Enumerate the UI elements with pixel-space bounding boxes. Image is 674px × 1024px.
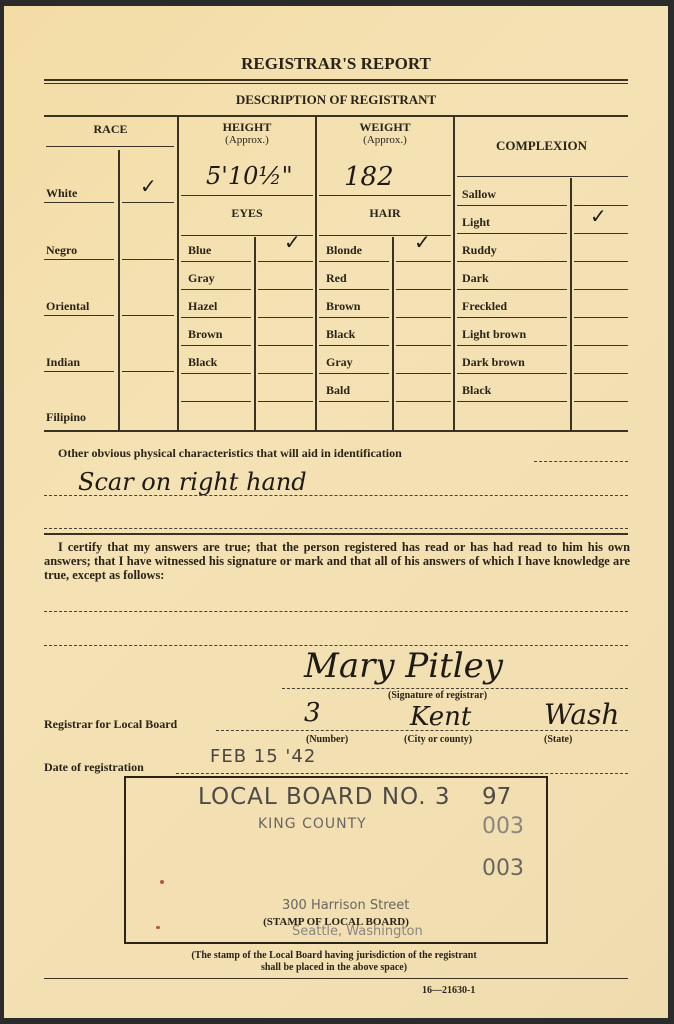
- row-rule: [574, 289, 628, 290]
- divider-race-height: [177, 117, 179, 431]
- row-rule: [574, 345, 628, 346]
- complexion-option-light[interactable]: Light: [462, 215, 490, 230]
- hair-check-divider: [392, 237, 394, 431]
- hair-option-bald[interactable]: Bald: [326, 383, 350, 398]
- table-top-rule: [44, 115, 628, 117]
- race-option-indian[interactable]: Indian: [46, 355, 80, 370]
- row-rule: [44, 202, 114, 203]
- weight-header: WEIGHT: [317, 120, 453, 135]
- hair-header-rule: [319, 235, 451, 236]
- row-rule: [258, 261, 313, 262]
- row-rule: [258, 373, 313, 374]
- complexion-option-freckled[interactable]: Freckled: [462, 299, 507, 314]
- row-rule: [396, 317, 451, 318]
- eyes-header: EYES: [179, 206, 315, 221]
- row-rule: [122, 315, 174, 316]
- section-rule: [44, 533, 628, 535]
- race-option-oriental[interactable]: Oriental: [46, 299, 89, 314]
- row-rule: [181, 345, 251, 346]
- height-header: HEIGHT: [179, 120, 315, 135]
- stamp-note-line1: (The stamp of the Local Board having jur…: [114, 950, 554, 962]
- hair-option-red[interactable]: Red: [326, 271, 347, 286]
- local-board-state[interactable]: Wash: [544, 698, 619, 731]
- stamp-county: KING COUNTY: [258, 816, 367, 832]
- eyes-option-black[interactable]: Black: [188, 355, 217, 370]
- city-caption: (City or county): [404, 734, 472, 745]
- local-board-number[interactable]: 3: [304, 698, 321, 728]
- title-rule-bottom: [44, 83, 628, 84]
- row-rule: [258, 401, 313, 402]
- complexion-header-rule: [457, 176, 628, 177]
- table-bottom-rule: [44, 430, 628, 432]
- complexion-option-ruddy[interactable]: Ruddy: [462, 243, 497, 258]
- hair-option-blonde[interactable]: Blonde: [326, 243, 362, 258]
- eyes-option-brown[interactable]: Brown: [188, 327, 222, 342]
- complexion-header: COMPLEXION: [455, 138, 628, 154]
- row-rule: [181, 261, 251, 262]
- local-board-city[interactable]: Kent: [410, 702, 471, 732]
- race-header: RACE: [44, 122, 177, 137]
- stamp-address-street: 300 Harrison Street: [282, 898, 409, 913]
- dotted-line: [282, 688, 628, 689]
- row-rule: [44, 259, 114, 260]
- section-subtitle: DESCRIPTION OF REGISTRANT: [4, 92, 668, 108]
- eyes-check-divider: [254, 237, 256, 431]
- stamp-code-003b: 003: [482, 856, 524, 881]
- stamp-board-name: LOCAL BOARD NO. 3: [198, 784, 450, 810]
- weight-value[interactable]: 182: [344, 162, 394, 192]
- race-check-divider: [118, 150, 120, 431]
- row-rule: [44, 371, 114, 372]
- row-rule: [181, 401, 251, 402]
- divider-weight-complexion: [453, 117, 455, 431]
- form-number: 16—21630-1: [422, 985, 475, 996]
- hair-blonde-checkmark-icon[interactable]: ✓: [414, 230, 431, 254]
- row-rule: [396, 373, 451, 374]
- row-rule: [396, 401, 451, 402]
- certification-text: I certify that my answers are true; that…: [44, 540, 630, 582]
- row-rule: [457, 205, 567, 206]
- row-rule: [258, 317, 313, 318]
- row-rule: [319, 261, 389, 262]
- weight-approx: (Approx.): [317, 134, 453, 146]
- complexion-option-light-brown[interactable]: Light brown: [462, 327, 526, 342]
- row-rule: [319, 401, 389, 402]
- row-rule: [258, 289, 313, 290]
- stamp-caption: (STAMP OF LOCAL BOARD): [126, 916, 546, 928]
- complexion-option-dark[interactable]: Dark: [462, 271, 489, 286]
- draft-card: REGISTRAR'S REPORT DESCRIPTION OF REGIST…: [4, 6, 668, 1018]
- other-characteristics-label: Other obvious physical characteristics t…: [58, 446, 402, 461]
- row-rule: [181, 373, 251, 374]
- row-rule: [457, 373, 567, 374]
- registration-date-stamp[interactable]: FEB 15 '42: [210, 746, 316, 767]
- row-rule: [122, 259, 174, 260]
- dotted-line: [44, 611, 628, 612]
- registrar-signature[interactable]: Mary Pitley: [304, 646, 503, 686]
- row-rule: [457, 261, 567, 262]
- complexion-light-checkmark-icon[interactable]: ✓: [590, 204, 607, 228]
- ink-spot: [160, 880, 164, 884]
- row-rule: [457, 345, 567, 346]
- stamp-code-97: 97: [482, 784, 511, 810]
- number-caption: (Number): [306, 734, 348, 745]
- row-rule: [574, 261, 628, 262]
- race-header-rule: [46, 146, 174, 147]
- other-characteristics-value[interactable]: Scar on right hand: [78, 468, 307, 496]
- divider-height-weight: [315, 117, 317, 431]
- eyes-option-hazel[interactable]: Hazel: [188, 299, 217, 314]
- row-rule: [574, 233, 628, 234]
- eyes-option-gray[interactable]: Gray: [188, 271, 215, 286]
- race-option-white[interactable]: White: [46, 186, 77, 201]
- row-rule: [574, 317, 628, 318]
- stamp-note: (The stamp of the Local Board having jur…: [114, 950, 554, 974]
- row-rule: [457, 289, 567, 290]
- height-value[interactable]: 5'10½": [206, 162, 293, 190]
- row-rule: [122, 202, 174, 203]
- row-rule: [319, 317, 389, 318]
- race-option-filipino[interactable]: Filipino: [46, 410, 86, 425]
- stamp-code-003a: 003: [482, 814, 524, 839]
- row-rule: [396, 345, 451, 346]
- dotted-line: [44, 528, 628, 529]
- hair-option-black[interactable]: Black: [326, 327, 355, 342]
- footer-rule: [44, 978, 628, 979]
- state-caption: (State): [544, 734, 572, 745]
- complexion-option-sallow[interactable]: Sallow: [462, 187, 496, 202]
- row-rule: [396, 289, 451, 290]
- race-option-negro[interactable]: Negro: [46, 243, 77, 258]
- hair-option-brown[interactable]: Brown: [326, 299, 360, 314]
- row-rule: [181, 317, 251, 318]
- hair-header: HAIR: [317, 206, 453, 221]
- date-label: Date of registration: [44, 760, 144, 775]
- row-rule: [396, 261, 451, 262]
- row-rule: [181, 289, 251, 290]
- eyes-option-blue[interactable]: Blue: [188, 243, 211, 258]
- row-rule: [457, 233, 567, 234]
- row-rule: [258, 345, 313, 346]
- height-approx: (Approx.): [179, 134, 315, 146]
- row-rule: [319, 373, 389, 374]
- complexion-option-black[interactable]: Black: [462, 383, 491, 398]
- local-board-label: Registrar for Local Board: [44, 717, 177, 732]
- row-rule: [319, 345, 389, 346]
- row-rule: [457, 317, 567, 318]
- dotted-line: [534, 461, 628, 462]
- height-rule: [181, 195, 313, 196]
- row-rule: [457, 401, 567, 402]
- signature-caption: (Signature of registrar): [388, 690, 487, 701]
- row-rule: [319, 289, 389, 290]
- title-rule-top: [44, 79, 628, 81]
- hair-option-gray[interactable]: Gray: [326, 355, 353, 370]
- row-rule: [44, 315, 114, 316]
- complexion-option-dark-brown[interactable]: Dark brown: [462, 355, 525, 370]
- race-white-checkmark-icon[interactable]: ✓: [140, 174, 157, 198]
- dotted-line: [44, 495, 628, 496]
- row-rule: [122, 371, 174, 372]
- eyes-blue-checkmark-icon[interactable]: ✓: [284, 230, 301, 254]
- stamp-note-line2: shall be placed in the above space): [114, 962, 554, 974]
- weight-rule: [319, 195, 451, 196]
- complexion-check-divider: [570, 178, 572, 431]
- dotted-line: [176, 773, 628, 774]
- form-title: REGISTRAR'S REPORT: [4, 54, 668, 74]
- local-board-stamp-box: LOCAL BOARD NO. 3 97 KING COUNTY 003 003…: [124, 776, 548, 944]
- row-rule: [574, 401, 628, 402]
- row-rule: [574, 373, 628, 374]
